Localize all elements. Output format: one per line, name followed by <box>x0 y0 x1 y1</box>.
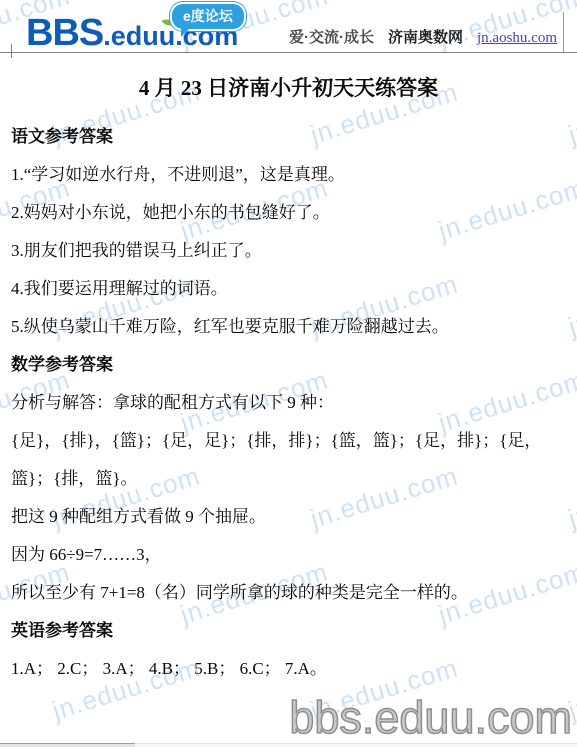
tagline: 爱·交流·成长 <box>289 26 374 47</box>
answer-line: 5.纵使乌蒙山千难万险，红军也要克服千难万险翻越过去。 <box>11 308 566 346</box>
page-title: 4 月 23 日济南小升初天天练答案 <box>11 72 566 104</box>
footer-watermark: bbs.eduu.com <box>289 692 572 744</box>
answer-line: 3.朋友们把我的错误马上纠正了。 <box>11 232 566 270</box>
page: jn.eduu.comjn.eduu.comjn.eduu.comjn.eduu… <box>0 0 577 747</box>
answer-line: 把这 9 种配组方式看做 9 个抽屉。 <box>11 498 566 536</box>
answer-line: 2.妈妈对小东说，她把小东的书包缝好了。 <box>11 194 566 232</box>
header-right-border <box>563 12 564 52</box>
answer-line: 1.A； 2.C； 3.A； 4.B； 5.B； 6.C； 7.A。 <box>11 650 566 688</box>
section-heading-chinese: 语文参考答案 <box>11 118 566 156</box>
site-name: 济南奥数网 <box>388 26 463 47</box>
answer-line: {足}，{排}，{篮}；{足，足}；{排，排}；{篮，篮}；{足，排}；{足，篮… <box>11 422 566 498</box>
horizontal-scrollbar[interactable] <box>0 743 577 747</box>
answer-line: 因为 66÷9=7……3， <box>11 536 566 574</box>
answer-line: 所以至少有 7+1=8（名）同学所拿的球的种类是完全一样的。 <box>11 574 566 612</box>
site-link[interactable]: jn.aoshu.com <box>477 30 557 47</box>
section-heading-math: 数学参考答案 <box>11 346 566 384</box>
document-body: 4 月 23 日济南小升初天天练答案 语文参考答案 1.“学习如逆水行舟，不进则… <box>0 54 577 688</box>
logo-edu-text: .edu <box>103 21 159 51</box>
header-border-tick <box>11 44 12 58</box>
section-heading-english: 英语参考答案 <box>11 612 566 650</box>
scrollbar-thumb[interactable] <box>0 743 135 747</box>
header: BBS.eduu.com e度论坛 爱·交流·成长 济南奥数网 jn.aoshu… <box>0 0 577 53</box>
answer-line: 1.“学习如逆水行舟，不进则退”，这是真理。 <box>11 156 566 194</box>
header-right: 爱·交流·成长 济南奥数网 jn.aoshu.com <box>289 26 557 47</box>
answer-line: 分析与解答：拿球的配租方式有以下 9 种： <box>11 384 566 422</box>
logo-bbs-text: BBS <box>26 12 103 54</box>
answer-line: 4.我们要运用理解过的词语。 <box>11 270 566 308</box>
forum-badge[interactable]: e度论坛 <box>170 2 246 31</box>
